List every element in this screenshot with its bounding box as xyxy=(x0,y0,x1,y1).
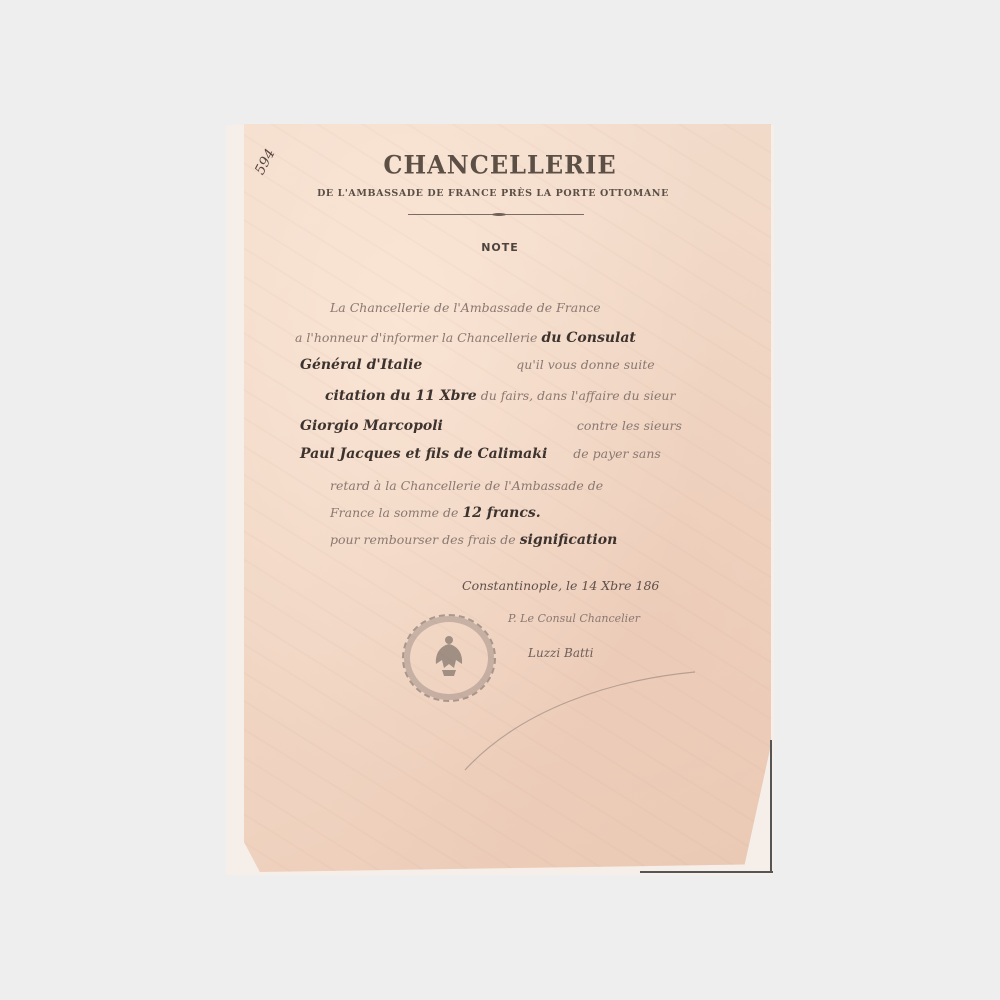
handwritten-text: signification xyxy=(520,532,618,548)
printed-text: La Chancellerie de l'Ambassade de France xyxy=(330,300,601,315)
printed-text: contre les sieurs xyxy=(577,418,682,433)
pen-flourish xyxy=(460,650,700,780)
printed-text: qu'il vous donne suite xyxy=(516,357,654,372)
printed-text: a l'honneur d'informer la Chancellerie xyxy=(295,330,537,345)
body-line: Général d'Italie qu'il vous donne suite xyxy=(300,357,655,373)
letterhead-title: CHANCELLERIE xyxy=(0,149,1000,179)
handwritten-text: Général d'Italie xyxy=(300,357,422,373)
body-line: La Chancellerie de l'Ambassade de France xyxy=(330,300,601,315)
handwritten-text: Giorgio Marcopoli xyxy=(300,418,443,434)
handwritten-text: citation du 11 Xbre xyxy=(325,388,477,404)
handwritten-text: Paul Jacques et fils de Calimaki xyxy=(300,446,547,462)
printed-text: pour rembourser des frais de xyxy=(330,532,516,547)
printed-text: retard à la Chancellerie de l'Ambassade … xyxy=(330,478,603,493)
handwritten-text: 12 francs. xyxy=(462,505,540,521)
body-line: Paul Jacques et fils de Calimaki de paye… xyxy=(300,446,661,462)
letterhead-divider xyxy=(408,214,584,215)
letterhead-subtitle: DE L'AMBASSADE DE FRANCE PRÈS LA PORTE O… xyxy=(268,188,718,199)
place-date: Constantinople, le 14 Xbre 186 xyxy=(462,578,659,593)
note-label: NOTE xyxy=(0,241,1000,254)
printed-text: France la somme de xyxy=(330,505,458,520)
page-edge-right xyxy=(770,740,772,872)
printed-text: du fairs, dans l'affaire du sieur xyxy=(481,388,676,403)
signature-title: P. Le Consul Chancelier xyxy=(508,612,640,625)
body-line: Giorgio Marcopoli contre les sieurs xyxy=(300,418,682,434)
body-line: France la somme de 12 francs. xyxy=(330,505,541,521)
body-line: pour rembourser des frais de significati… xyxy=(330,532,617,548)
handwritten-text: du Consulat xyxy=(541,330,635,346)
page-edge-bottom xyxy=(640,871,773,873)
body-line: citation du 11 Xbre du fairs, dans l'aff… xyxy=(325,388,675,404)
body-line: retard à la Chancellerie de l'Ambassade … xyxy=(330,478,603,493)
printed-text: de payer sans xyxy=(573,446,661,461)
body-line: a l'honneur d'informer la Chancellerie d… xyxy=(295,330,636,346)
